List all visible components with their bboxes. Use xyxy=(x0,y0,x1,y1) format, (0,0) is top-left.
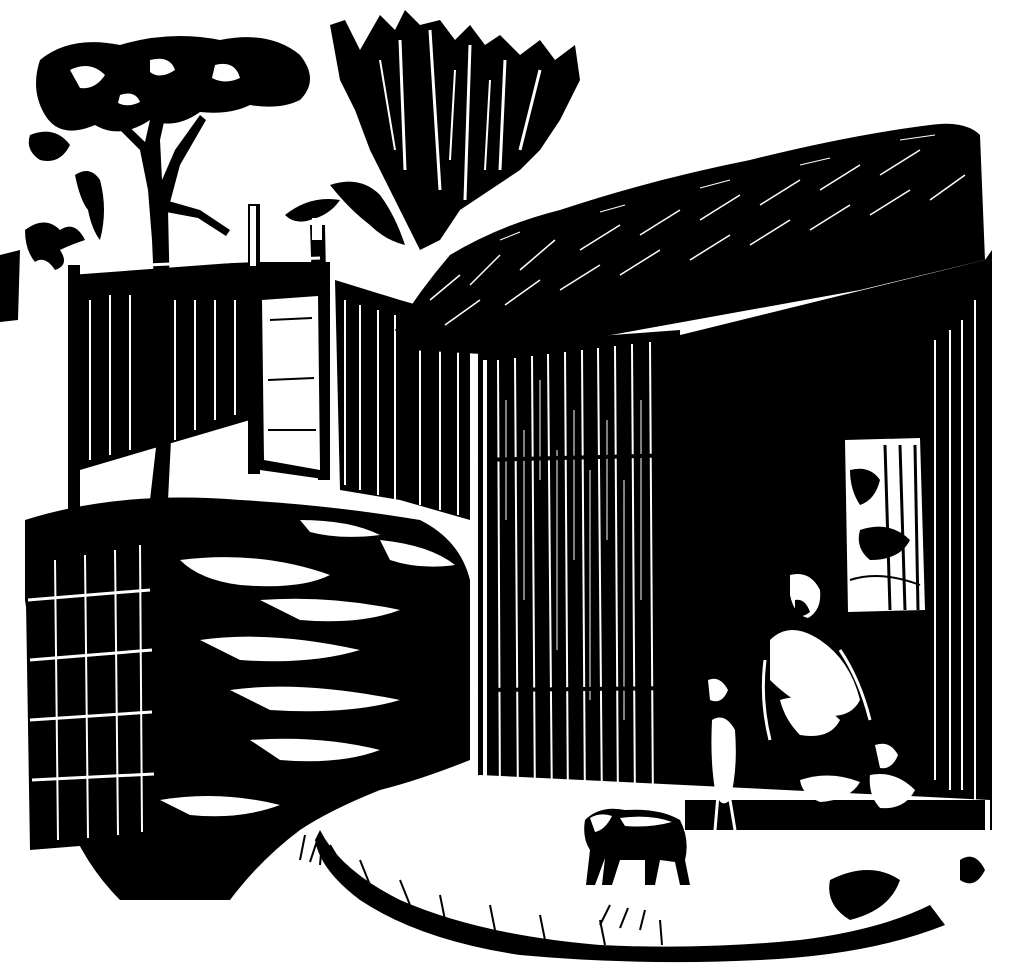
woodcut-illustration xyxy=(0,0,1024,966)
hut xyxy=(395,124,992,860)
bamboo-fence-back xyxy=(68,204,330,515)
hut-interior xyxy=(660,260,990,830)
bamboo-fence-front xyxy=(25,520,155,850)
